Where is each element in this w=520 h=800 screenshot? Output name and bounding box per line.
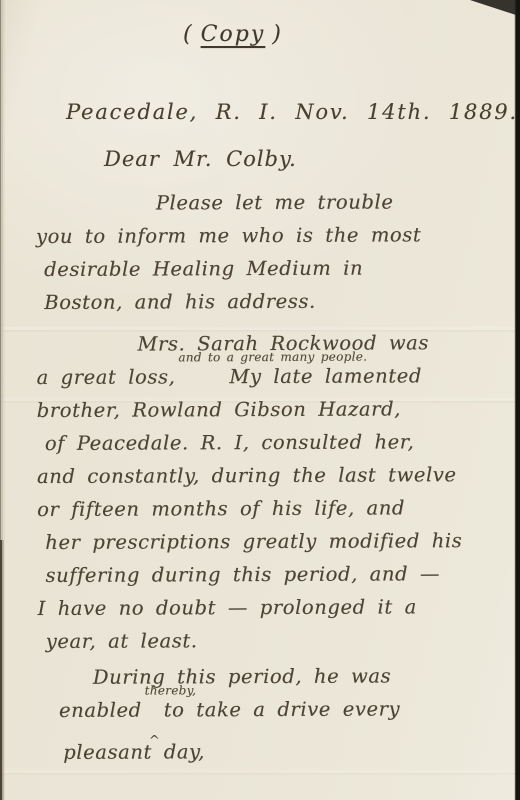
copy-heading: (Copy)	[183, 22, 283, 47]
letter-line: Please let me trouble	[156, 185, 519, 220]
letter-text: her prescriptions greatly modified his	[45, 529, 462, 554]
dateline: Peacedale, R. I. Nov. 14th. 1889.	[66, 100, 518, 124]
insertion-text: and to a great many people.	[178, 341, 367, 375]
letter-line: brother, Rowland Gibson Hazard,	[37, 392, 520, 427]
letter-body: Please let me troubleyou to inform me wh…	[0, 185, 520, 769]
letter-line: desirable Healing Medium in	[44, 251, 519, 286]
caret-mark: ^	[149, 724, 161, 757]
copy-paren-close: )	[272, 22, 283, 47]
interlinear-insertion: and to a great many people.	[180, 382, 224, 383]
letter-line: year, at least.	[46, 623, 520, 658]
letter-text: pleasant day,	[63, 740, 205, 764]
salutation: Dear Mr. Colby.	[104, 147, 297, 171]
letter-text: or fifteen months of his life, and	[37, 496, 405, 521]
letter-text: of Peacedale. R. I, consulted her,	[45, 430, 415, 455]
letter-text: year, at least.	[46, 629, 198, 653]
letter-line: you to inform me who is the most	[36, 218, 519, 253]
letter-line: her prescriptions greatly modified his	[45, 524, 520, 559]
letter-text: Boston, and his address.	[44, 290, 316, 314]
letter-line: enabledthereby,^to take a drive every	[59, 692, 520, 727]
letter-text: and constantly, during the last twelve	[37, 463, 457, 488]
letter-line: Boston, and his address.	[44, 284, 519, 319]
letter-line: a great loss,and to a great many people.…	[36, 359, 519, 394]
letter-text: suffering during this period, and —	[45, 562, 440, 587]
letter-line: or fifteen months of his life, and	[37, 491, 520, 526]
scan-edge-left-lower	[0, 540, 4, 800]
letter-text: I have no doubt — prolonged it a	[38, 595, 417, 620]
letter-text: brother, Rowland Gibson Hazard,	[37, 397, 401, 422]
copy-paren-open: (	[183, 22, 194, 47]
interlinear-insertion: thereby,^	[147, 715, 159, 716]
letter-line: I have no doubt — prolonged it a	[37, 590, 520, 625]
letter-line: suffering during this period, and —	[45, 557, 520, 592]
letter-text: a great loss,	[37, 365, 176, 389]
letter-text: to take a drive every	[164, 697, 401, 721]
scanned-letter-page: (Copy) Peacedale, R. I. Nov. 14th. 1889.…	[0, 0, 520, 800]
scan-corner-top-right	[470, 0, 516, 15]
letter-line: and constantly, during the last twelve	[37, 458, 520, 493]
paper-crease	[0, 770, 520, 773]
letter-text: During this period, he was	[93, 664, 391, 688]
letter-text: desirable Healing Medium in	[44, 257, 363, 281]
scan-edge-right	[514, 0, 520, 800]
letter-text: Please let me trouble	[156, 190, 394, 214]
insertion-text: thereby,	[145, 674, 197, 707]
letter-line: of Peacedale. R. I, consulted her,	[45, 425, 520, 460]
letter-text: enabled	[59, 699, 142, 722]
letter-line: pleasant day,	[63, 734, 520, 769]
copy-word: Copy	[201, 22, 266, 47]
letter-text: you to inform me who is the most	[36, 223, 421, 248]
